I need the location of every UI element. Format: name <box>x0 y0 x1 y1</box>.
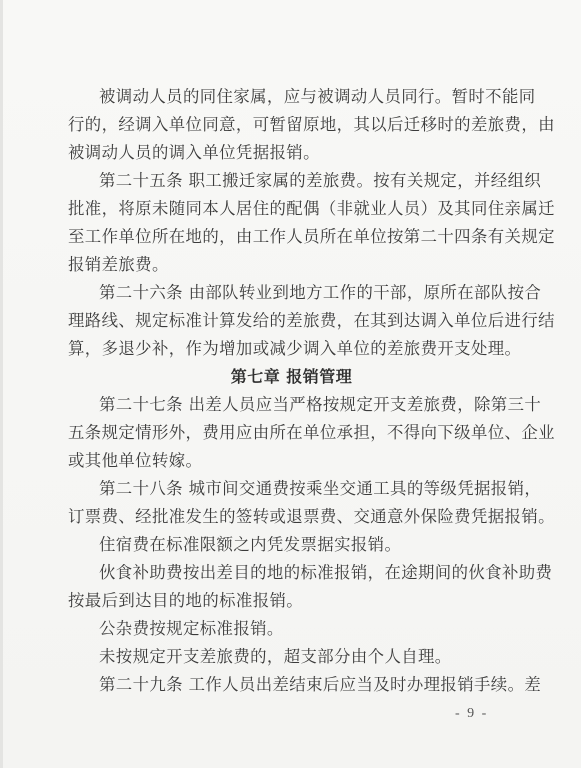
article-25-line: 第二十五条 职工搬迁家属的差旅费。按有关规定，并经组织 <box>68 167 515 195</box>
text-line: 或其他单位转嫁。 <box>68 447 515 475</box>
text-line: 订票费、经批准发生的签转或退票费、交通意外保险费凭据报销。 <box>68 503 515 531</box>
text-line: 算，多退少补，作为增加或减少调入单位的差旅费开支处理。 <box>68 335 515 363</box>
text-line: 行的，经调入单位同意，可暂留原地，其以后迁移时的差旅费，由 <box>68 111 515 139</box>
article-28-line: 第二十八条 城市间交通费按乘坐交通工具的等级凭据报销， <box>68 475 515 503</box>
article-29-line: 第二十九条 工作人员出差结束后应当及时办理报销手续。差 <box>68 671 515 699</box>
page-number: - 9 - <box>455 706 488 722</box>
article-26-line: 第二十六条 由部队转业到地方工作的干部，原所在部队按合 <box>68 279 515 307</box>
text-line: 批准，将原未随同本人居住的配偶（非就业人员）及其同住亲属迁 <box>68 195 515 223</box>
text-line: 理路线、规定标准计算发给的差旅费，在其到达调入单位后进行结 <box>68 307 515 335</box>
text-line: 住宿费在标准限额之内凭发票据实报销。 <box>68 531 515 559</box>
document-page: 被调动人员的同住家属，应与被调动人员同行。暂时不能同 行的，经调入单位同意，可暂… <box>0 0 581 768</box>
text-line: 未按规定开支差旅费的，超支部分由个人自理。 <box>68 643 515 671</box>
text-line: 伙食补助费按出差目的地的标准报销，在途期间的伙食补助费 <box>68 559 515 587</box>
text-line: 五条规定情形外，费用应由所在单位承担，不得向下级单位、企业 <box>68 419 515 447</box>
text-line: 按最后到达目的地的标准报销。 <box>68 587 515 615</box>
page-edge <box>0 0 3 768</box>
text-line: 报销差旅费。 <box>68 251 515 279</box>
text-line: 被调动人员的同住家属，应与被调动人员同行。暂时不能同 <box>68 83 515 111</box>
document-body: 被调动人员的同住家属，应与被调动人员同行。暂时不能同 行的，经调入单位同意，可暂… <box>68 83 515 699</box>
article-27-line: 第二十七条 出差人员应当严格按规定开支差旅费，除第三十 <box>68 391 515 419</box>
text-line: 至工作单位所在地的，由工作人员所在单位按第二十四条有关规定 <box>68 223 515 251</box>
chapter-heading: 第七章 报销管理 <box>68 363 515 391</box>
text-line: 公杂费按规定标准报销。 <box>68 615 515 643</box>
text-line: 被调动人员的调入单位凭据报销。 <box>68 139 515 167</box>
